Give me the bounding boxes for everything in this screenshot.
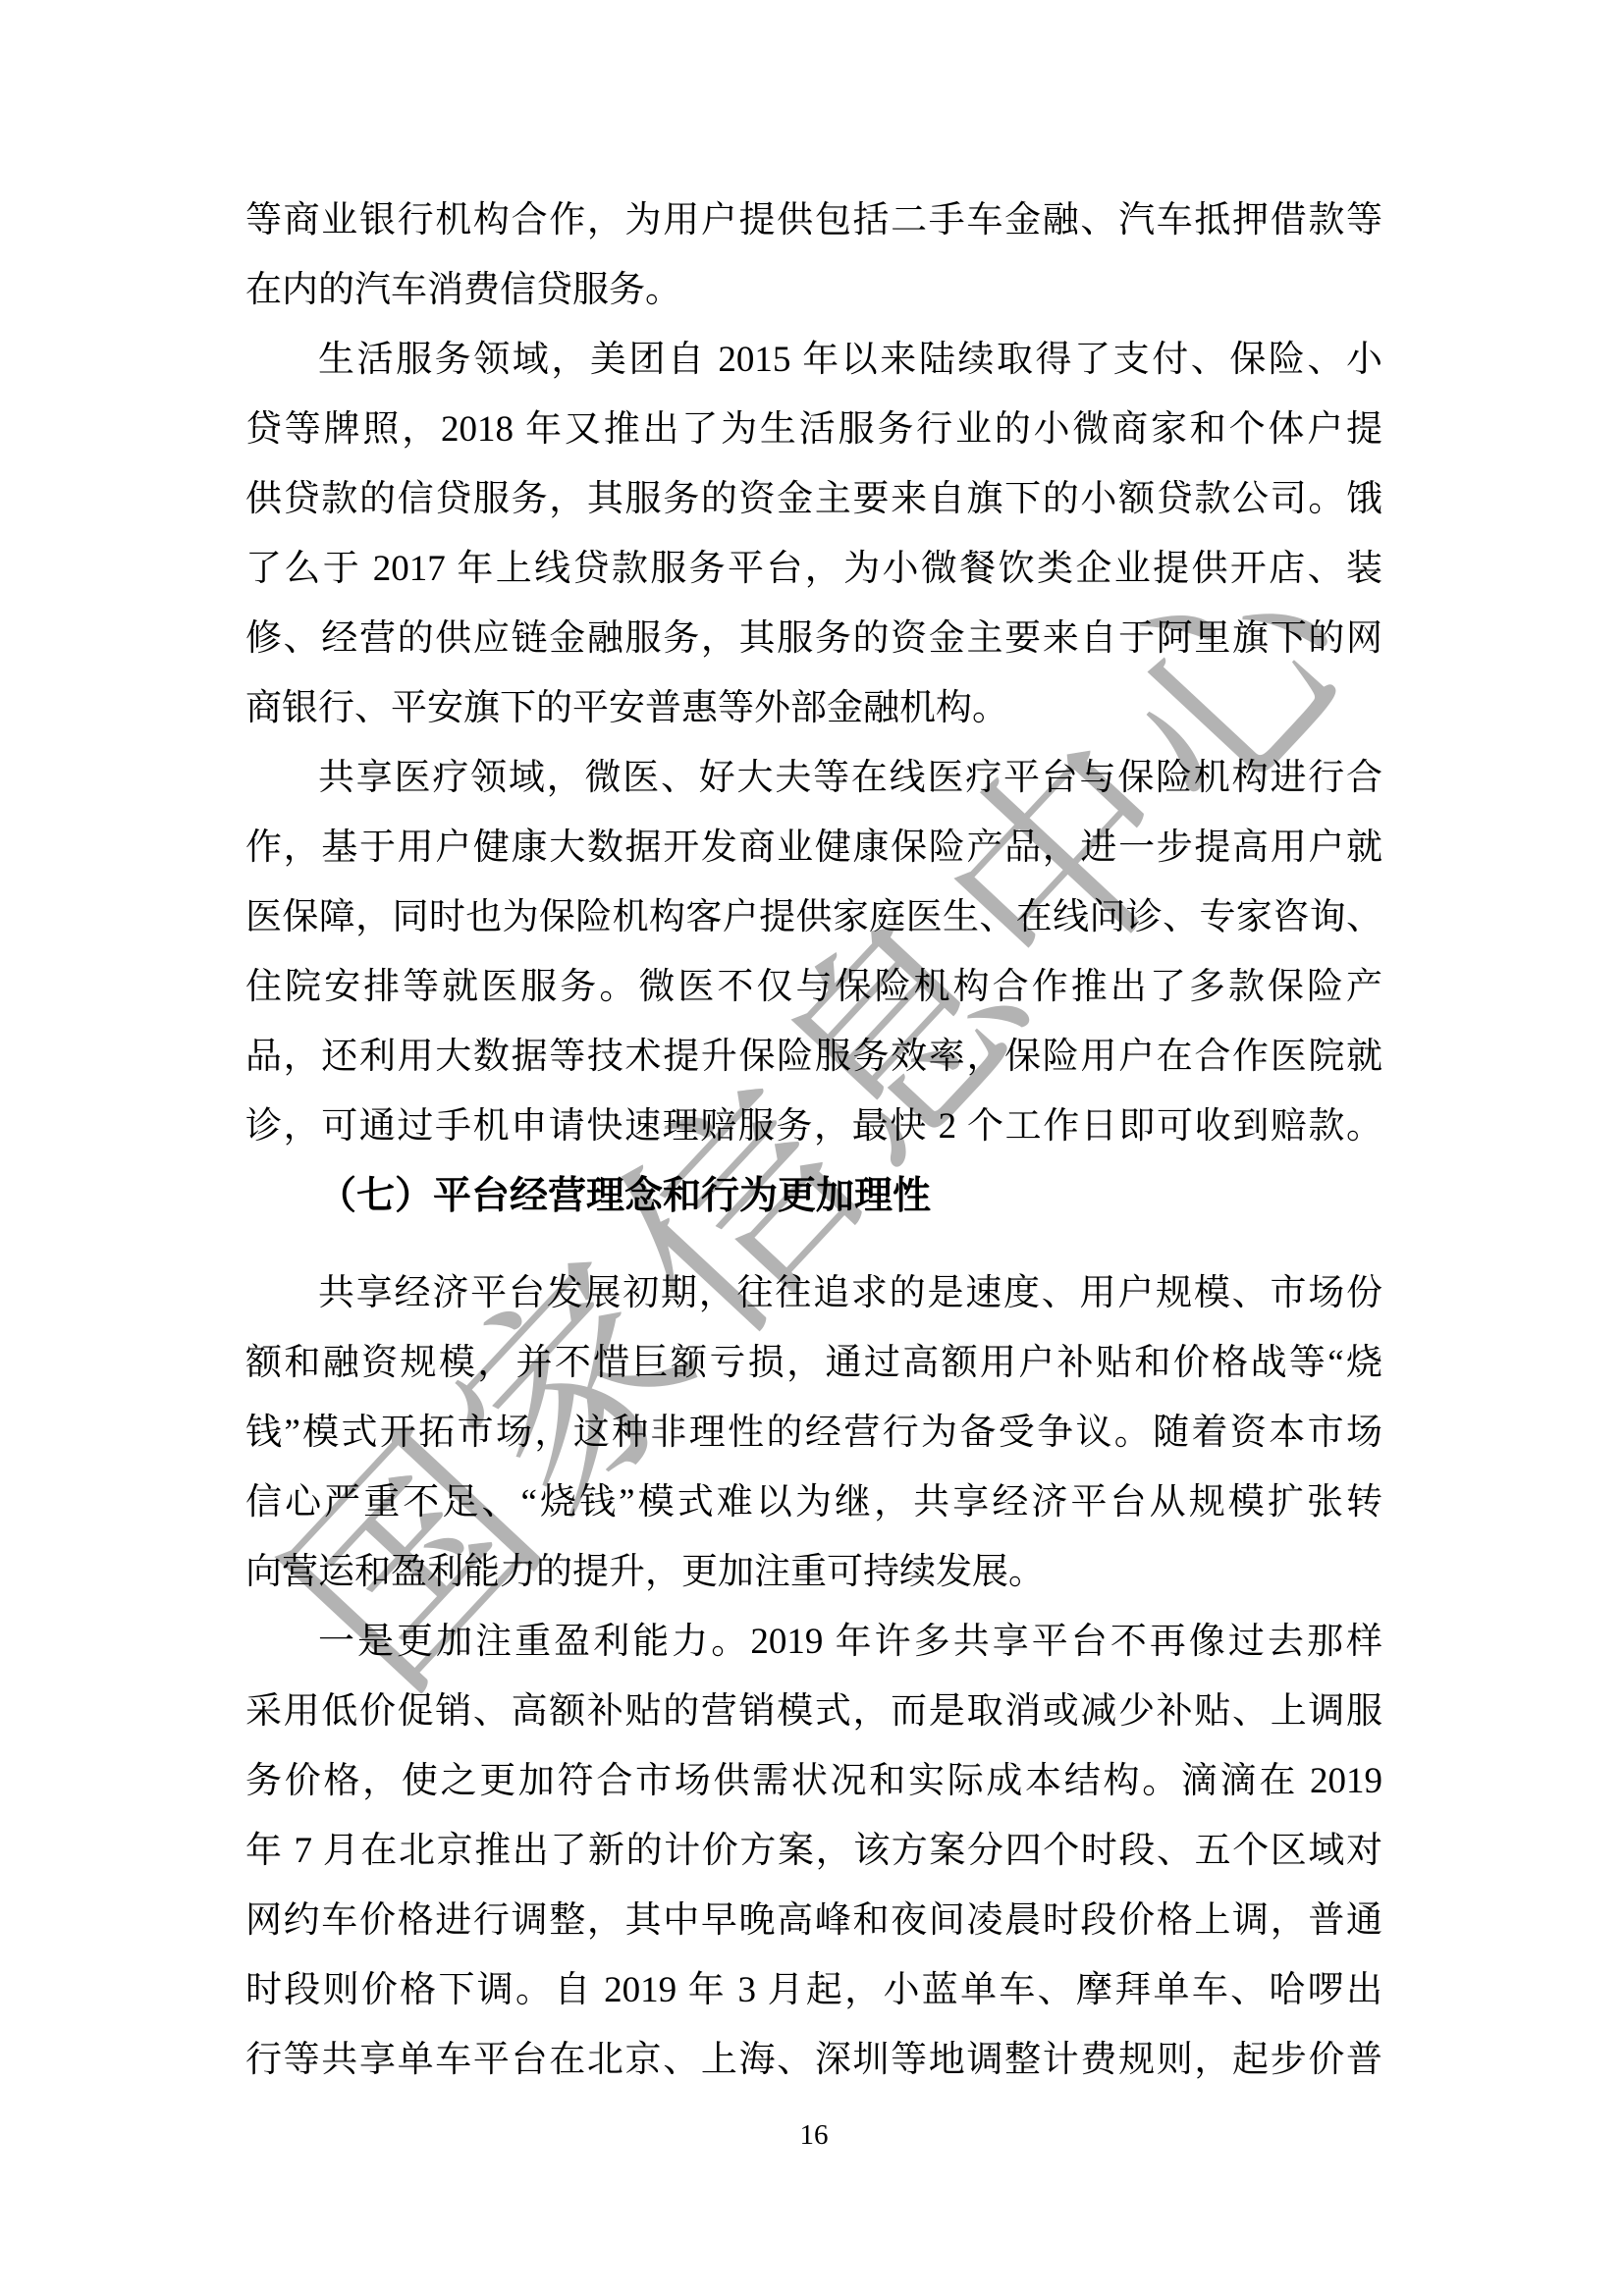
document-body: 等商业银行机构合作，为用户提供包括二手车金融、汽车抵押借款等在内的汽车消费信贷服… bbox=[245, 186, 1382, 2095]
text-line: 作，基于用户健康大数据开发商业健康保险产品，进一步提高用户就 bbox=[245, 813, 1382, 882]
text-line: 在内的汽车消费信贷服务。 bbox=[245, 255, 1382, 325]
text-line: 诊，可通过手机申请快速理赔服务，最快 2 个工作日即可收到赔款。 bbox=[245, 1092, 1382, 1161]
text-line: 等商业银行机构合作，为用户提供包括二手车金融、汽车抵押借款等 bbox=[245, 186, 1382, 255]
text-line: 共享医疗领域，微医、好大夫等在线医疗平台与保险机构进行合 bbox=[245, 743, 1382, 813]
section-heading: （七）平台经营理念和行为更加理性 bbox=[245, 1161, 1382, 1231]
text-line: 网约车价格进行调整，其中早晚高峰和夜间凌晨时段价格上调，普通 bbox=[245, 1886, 1382, 1955]
text-line: 向营运和盈利能力的提升，更加注重可持续发展。 bbox=[245, 1537, 1382, 1607]
page-number: 16 bbox=[245, 2115, 1382, 2155]
text-line: 贷等牌照，2018 年又推出了为生活服务行业的小微商家和个体户提 bbox=[245, 395, 1382, 464]
text-line: 年 7 月在北京推出了新的计价方案，该方案分四个时段、五个区域对 bbox=[245, 1816, 1382, 1886]
text-line: 时段则价格下调。自 2019 年 3 月起，小蓝单车、摩拜单车、哈啰出 bbox=[245, 1955, 1382, 2025]
document-page: 国家信息中心 等商业银行机构合作，为用户提供包括二手车金融、汽车抵押借款等在内的… bbox=[0, 0, 1624, 2296]
text-line: 信心严重不足、“烧钱”模式难以为继，共享经济平台从规模扩张转 bbox=[245, 1468, 1382, 1537]
text-line: 品，还利用大数据等技术提升保险服务效率，保险用户在合作医院就 bbox=[245, 1022, 1382, 1092]
text-line: 生活服务领域，美团自 2015 年以来陆续取得了支付、保险、小 bbox=[245, 325, 1382, 395]
text-line: 采用低价促销、高额补贴的营销模式，而是取消或减少补贴、上调服 bbox=[245, 1677, 1382, 1746]
text-line: 额和融资规模，并不惜巨额亏损，通过高额用户补贴和价格战等“烧 bbox=[245, 1328, 1382, 1398]
text-line: 了么于 2017 年上线贷款服务平台，为小微餐饮类企业提供开店、装 bbox=[245, 534, 1382, 604]
text-line: 行等共享单车平台在北京、上海、深圳等地调整计费规则，起步价普 bbox=[245, 2025, 1382, 2095]
text-line: 务价格，使之更加符合市场供需状况和实际成本结构。滴滴在 2019 bbox=[245, 1746, 1382, 1816]
text-line: 医保障，同时也为保险机构客户提供家庭医生、在线问诊、专家咨询、 bbox=[245, 882, 1382, 952]
text-line: 住院安排等就医服务。微医不仅与保险机构合作推出了多款保险产 bbox=[245, 952, 1382, 1022]
text-line: 供贷款的信贷服务，其服务的资金主要来自旗下的小额贷款公司。饿 bbox=[245, 464, 1382, 534]
text-line: 钱”模式开拓市场，这种非理性的经营行为备受争议。随着资本市场 bbox=[245, 1398, 1382, 1468]
text-line: 商银行、平安旗下的平安普惠等外部金融机构。 bbox=[245, 673, 1382, 743]
text-line: 修、经营的供应链金融服务，其服务的资金主要来自于阿里旗下的网 bbox=[245, 604, 1382, 673]
text-line: 一是更加注重盈利能力。2019 年许多共享平台不再像过去那样 bbox=[245, 1607, 1382, 1677]
text-line: 共享经济平台发展初期，往往追求的是速度、用户规模、市场份 bbox=[245, 1258, 1382, 1328]
